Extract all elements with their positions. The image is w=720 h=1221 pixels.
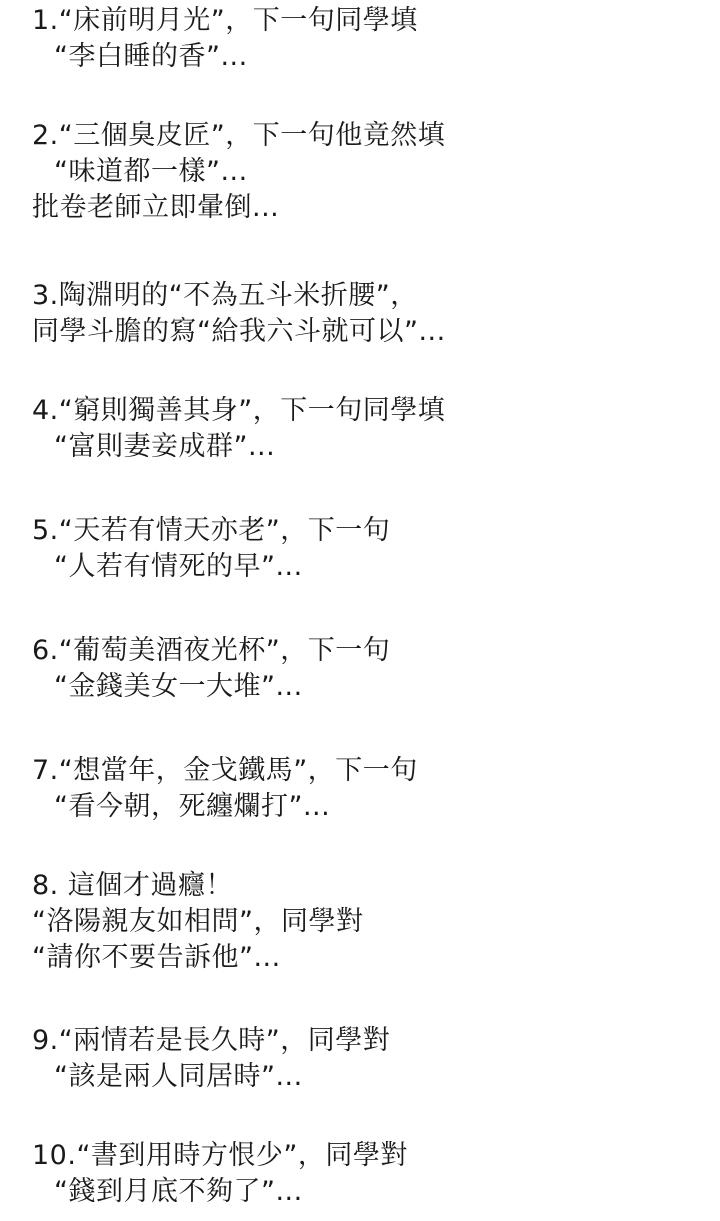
list-item-8: 8. 這個才過癮！ “洛陽親友如相問”，同學對 “請你不要告訴他”...: [32, 868, 712, 976]
item-8-line-3: “請你不要告訴他”...: [32, 940, 712, 976]
item-8-line-1: 8. 這個才過癮！: [32, 868, 712, 904]
item-2-line-2: “味道都一樣”...: [32, 154, 712, 190]
item-6-line-1: 6.“葡萄美酒夜光杯”，下一句: [32, 633, 712, 669]
item-6-line-2: “金錢美女一大堆”...: [32, 669, 712, 705]
item-3-line-2: 同學斗膽的寫“給我六斗就可以”...: [32, 314, 712, 350]
list-item-2: 2.“三個臭皮匠”，下一句他竟然填 “味道都一樣”... 批卷老師立即暈倒...: [32, 118, 712, 226]
item-7-line-1: 7.“想當年，金戈鐵馬”，下一句: [32, 753, 712, 789]
list-item-6: 6.“葡萄美酒夜光杯”，下一句 “金錢美女一大堆”...: [32, 633, 712, 705]
item-7-line-2: “看今朝，死纏爛打”...: [32, 789, 712, 825]
item-1-line-1: 1.“床前明月光”，下一句同學填: [32, 3, 712, 39]
list-item-5: 5.“天若有情天亦老”，下一句 “人若有情死的早”...: [32, 513, 712, 585]
item-5-line-2: “人若有情死的早”...: [32, 549, 712, 585]
item-8-line-2: “洛陽親友如相問”，同學對: [32, 904, 712, 940]
item-4-line-2: “富則妻妾成群”...: [32, 429, 712, 465]
item-5-line-1: 5.“天若有情天亦老”，下一句: [32, 513, 712, 549]
item-9-line-2: “該是兩人同居時”...: [32, 1059, 712, 1095]
list-item-9: 9.“兩情若是長久時”，同學對 “該是兩人同居時”...: [32, 1023, 712, 1095]
list-item-10: 10.“書到用時方恨少”，同學對 “錢到月底不夠了”...: [32, 1138, 712, 1210]
item-4-line-1: 4.“窮則獨善其身”，下一句同學填: [32, 393, 712, 429]
list-item-7: 7.“想當年，金戈鐵馬”，下一句 “看今朝，死纏爛打”...: [32, 753, 712, 825]
item-2-line-1: 2.“三個臭皮匠”，下一句他竟然填: [32, 118, 712, 154]
item-1-line-2: “李白睡的香”...: [32, 39, 712, 75]
list-item-1: 1.“床前明月光”，下一句同學填 “李白睡的香”...: [32, 3, 712, 75]
item-3-line-1: 3.陶淵明的“不為五斗米折腰”，: [32, 278, 712, 314]
item-2-line-3: 批卷老師立即暈倒...: [32, 190, 712, 226]
item-9-line-1: 9.“兩情若是長久時”，同學對: [32, 1023, 712, 1059]
item-10-line-1: 10.“書到用時方恨少”，同學對: [32, 1138, 712, 1174]
list-item-4: 4.“窮則獨善其身”，下一句同學填 “富則妻妾成群”...: [32, 393, 712, 465]
list-item-3: 3.陶淵明的“不為五斗米折腰”， 同學斗膽的寫“給我六斗就可以”...: [32, 278, 712, 350]
item-10-line-2: “錢到月底不夠了”...: [32, 1174, 712, 1210]
